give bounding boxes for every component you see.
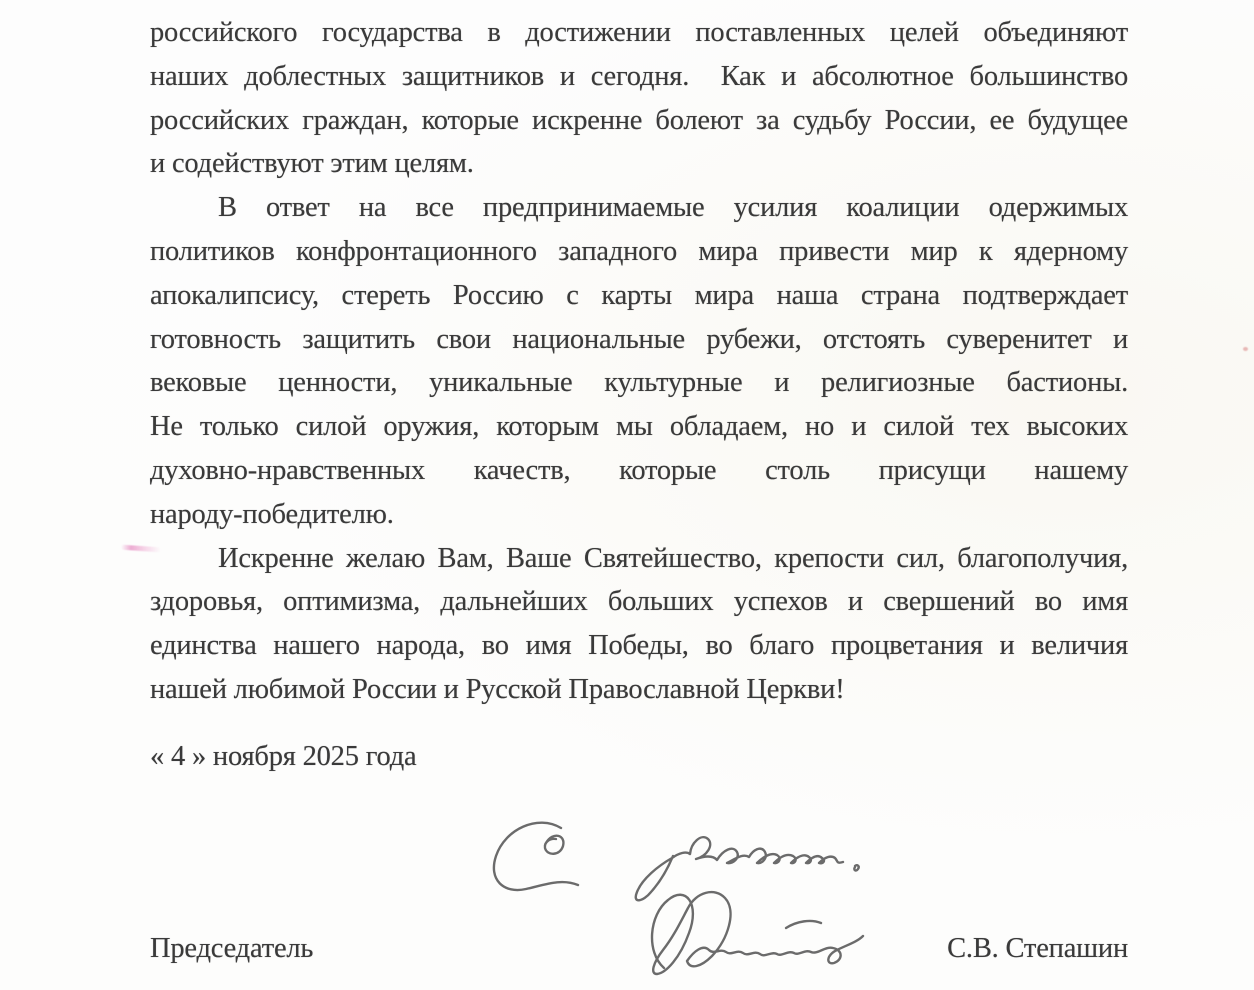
letter-line: готовность защитить свои национальные ру… <box>150 318 1128 362</box>
letter-line: В ответ на все предпринимаемые усилия ко… <box>150 186 1128 230</box>
scan-speck <box>1243 347 1248 351</box>
letter-page: российского государства в достижении пос… <box>0 0 1254 990</box>
signoff-row: Председатель С.В. Степашин <box>150 933 1128 965</box>
signature-t-bar <box>786 921 821 928</box>
letter-line: Искренне желаю Вам, Ваше Святейшество, к… <box>150 537 1128 581</box>
letter-line: единства нашего народа, во имя Победы, в… <box>150 624 1128 668</box>
letter-line: российских граждан, которые искренне бол… <box>150 99 1128 143</box>
handwriting-c-stroke <box>494 823 578 890</box>
letter-line: вековые ценности, уникальные культурные … <box>150 361 1128 405</box>
letter-line: народу-победителю. <box>150 493 1128 537</box>
letter-line: нашей любимой России и Русской Православ… <box>150 668 1128 712</box>
handwriting-c-curl <box>545 836 564 854</box>
letter-line: Не только силой оружия, которым мы облад… <box>150 405 1128 449</box>
letter-line: духовно-нравственных качеств, которые ст… <box>150 449 1128 493</box>
handwriting-period <box>854 865 858 870</box>
signer-title: Председатель <box>150 933 313 965</box>
handwriting-uvazheniem <box>636 837 843 900</box>
letter-line: и содействуют этим целям. <box>150 142 1128 186</box>
date-line: « 4 » ноября 2025 года <box>150 741 416 773</box>
letter-line: наших доблестных защитников и сегодня. К… <box>150 55 1128 99</box>
letter-line: здоровья, оптимизма, дальнейших больших … <box>150 580 1128 624</box>
signer-name: С.В. Степашин <box>947 933 1128 965</box>
letter-line: политиков конфронтационного западного ми… <box>150 230 1128 274</box>
letter-line: апокалипсису, стереть Россию с карты мир… <box>150 274 1128 318</box>
letter-line: российского государства в достижении пос… <box>150 11 1128 55</box>
letter-body: российского государства в достижении пос… <box>150 11 1128 712</box>
